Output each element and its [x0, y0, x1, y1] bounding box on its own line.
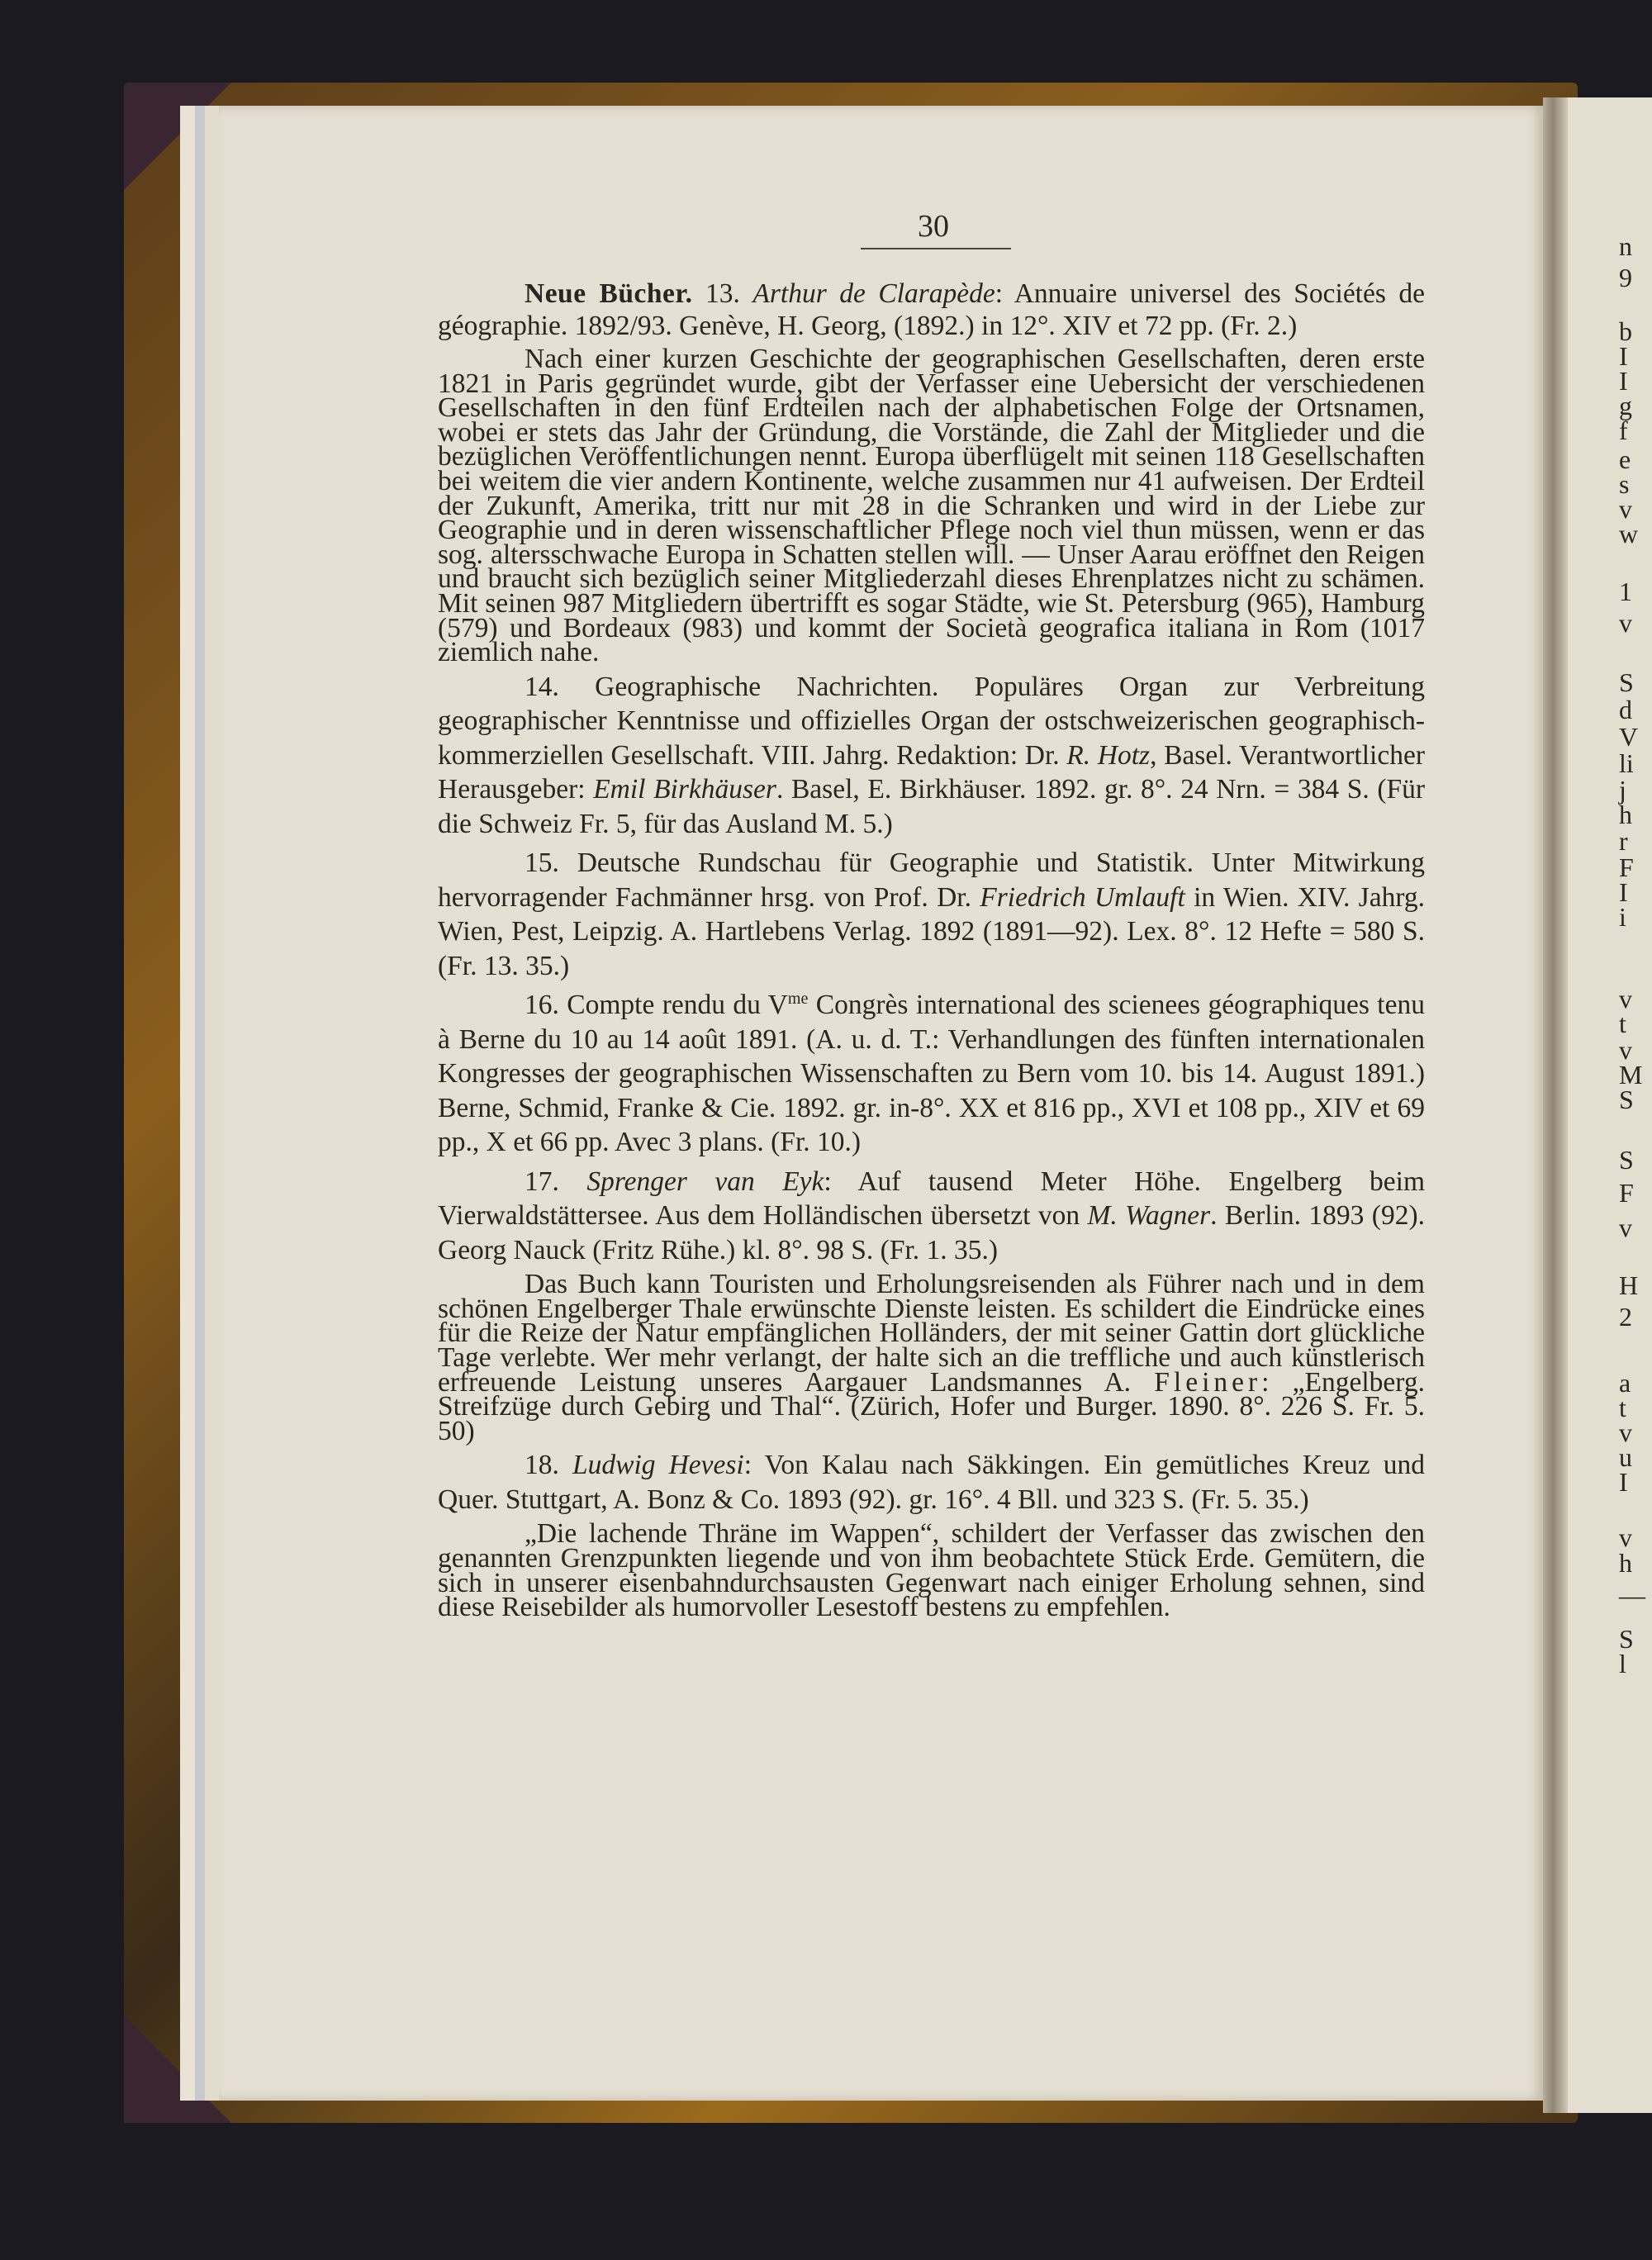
- adjacent-page-fragment: li: [1619, 750, 1634, 776]
- editor: R. Hotz: [1066, 740, 1150, 771]
- entry-17: 17. Sprenger van Eyk: Auf tausend Meter …: [438, 1165, 1425, 1268]
- adjacent-page-fragment: 9: [1619, 264, 1632, 291]
- header-rule: [861, 248, 1011, 249]
- adjacent-page: n9bIIgfesvw1vSdVlijhrFIivtvMSSFvH2atvuIv…: [1568, 97, 1652, 2113]
- adjacent-page-fragment: 1: [1619, 578, 1632, 605]
- adjacent-page-fragment: r: [1619, 828, 1628, 854]
- adjacent-page-fragment: n: [1619, 233, 1632, 259]
- adjacent-page-fragment: I: [1619, 1469, 1628, 1495]
- author: Arthur de Clarapède: [752, 278, 995, 309]
- adjacent-page-fragment: w: [1619, 520, 1638, 547]
- adjacent-page-fragment: h: [1619, 801, 1632, 828]
- adjacent-page-fragment: t: [1619, 1010, 1626, 1037]
- text-column: Neue Bücher. 13. Arthur de Clarapède: An…: [438, 273, 1425, 1620]
- entry-16: 16. Compte rendu du Vme Congrès internat…: [438, 988, 1425, 1160]
- adjacent-page-fragment: l: [1619, 1650, 1626, 1677]
- entry-13: Neue Bücher. 13. Arthur de Clarapède: An…: [438, 278, 1425, 342]
- adjacent-page-fragment: h: [1619, 1550, 1632, 1576]
- adjacent-page-fragment: S: [1619, 1147, 1634, 1173]
- adjacent-page-fragment: i: [1619, 904, 1626, 930]
- adjacent-page-fragment: —: [1619, 1582, 1645, 1608]
- adjacent-page-fragment: d: [1619, 696, 1632, 723]
- adjacent-page-fragment: v: [1619, 1214, 1632, 1241]
- adjacent-page-fragment: S: [1619, 669, 1634, 696]
- adjacent-page-fragment: v: [1619, 1524, 1632, 1550]
- adjacent-page-fragment: 2: [1619, 1303, 1632, 1330]
- adjacent-page-fragment: f: [1619, 417, 1628, 444]
- adjacent-page-fragment: v: [1619, 610, 1632, 636]
- adjacent-page-fragment: H: [1619, 1272, 1638, 1299]
- entry-17-review: Das Buch kann Touristen und Erholungsrei…: [438, 1272, 1425, 1443]
- editor: Friedrich Umlauft: [980, 882, 1185, 913]
- author: Sprenger van Eyk: [586, 1166, 824, 1197]
- entry-18: 18. Ludwig Hevesi: Von Kalau nach Säkkin…: [438, 1448, 1425, 1517]
- author: Ludwig Hevesi: [572, 1450, 744, 1480]
- book-gutter: [1543, 97, 1568, 2113]
- entry-13-review: Nach einer kurzen Geschichte der geograp…: [438, 347, 1425, 665]
- translator: M. Wagner: [1087, 1200, 1210, 1231]
- adjacent-page-fragment: V: [1619, 724, 1638, 750]
- section-heading: Neue Bücher.: [525, 278, 693, 309]
- entry-14: 14. Geographische Nachrichten. Populäres…: [438, 670, 1425, 842]
- entry-18-review: „Die lachende Thräne im Wappen“, schilde…: [438, 1522, 1425, 1619]
- adjacent-page-fragment: F: [1619, 1180, 1634, 1206]
- page-number: 30: [909, 208, 958, 245]
- adjacent-page-fragment: S: [1619, 1086, 1634, 1113]
- entry-15: 15. Deutsche Rundschau für Geographie un…: [438, 846, 1425, 983]
- publisher-person: Emil Birkhäuser: [593, 774, 776, 805]
